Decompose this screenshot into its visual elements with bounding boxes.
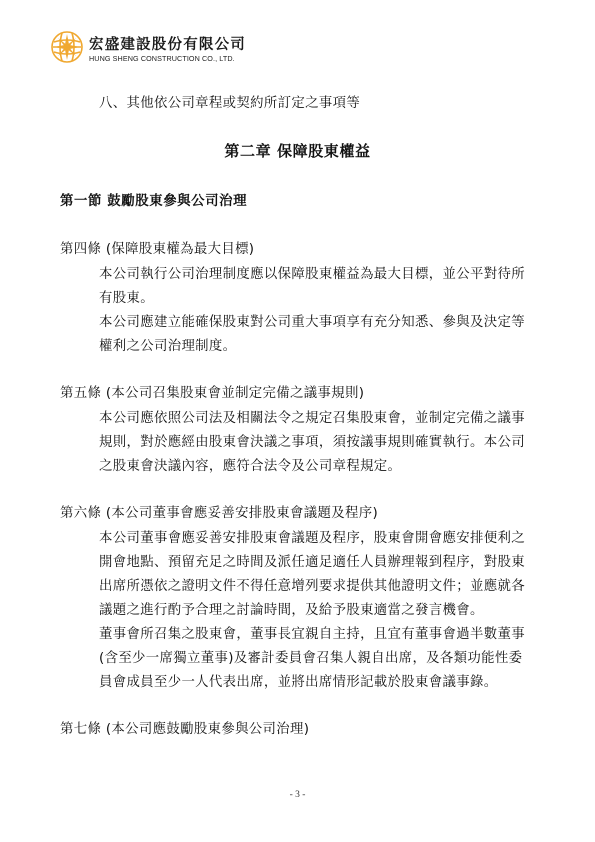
article-text-line: 本公司執行公司治理制度應以保障股東權益為最大目標，並公平對待所 [99,263,525,282]
article-text-line: (含至少一席獨立董事)及審計委員會召集人親自出席，及各類功能性委 [99,647,522,666]
section-title: 第一節 鼓勵股東參與公司治理 [60,190,247,209]
chapter-title: 第二章 保障股東權益 [0,140,595,161]
article-title: 第四條 (保障股東權為最大目標) [60,238,254,257]
article-title: 第五條 (本公司召集股東會並制定完備之議事規則) [60,382,364,401]
page-number: - 3 - [0,790,595,800]
company-name-en: HUNG SHENG CONSTRUCTION CO., LTD. [89,54,235,63]
article-text-line: 出席所憑依之證明文件不得任意增列要求提供其他證明文件；並應就各 [99,575,525,594]
article-text-line: 議題之進行酌予合理之討論時間，及給予股東適當之發言機會。 [99,599,484,618]
article-text-line: 之股東會決議內容，應符合法令及公司章程規定。 [99,455,401,474]
article-text-line: 有股東。 [99,287,154,306]
item-eight-text: 八、其他依公司章程或契約所訂定之事項等 [99,92,360,111]
article-title: 第六條 (本公司董事會應妥善安排股東會議題及程序) [60,502,378,521]
article-text-line: 本公司應建立能確保股東對公司重大事項享有充分知悉、參與及決定等 [99,311,525,330]
compass-rose-logo-icon [50,30,84,64]
article-text-line: 權利之公司治理制度。 [99,335,236,354]
article-text-line: 本公司董事會應妥善安排股東會議題及程序，股東會開會應安排便利之 [99,527,525,546]
article-text-line: 員會成員至少一人代表出席，並將出席情形記載於股東會議事錄。 [99,671,497,690]
article-text-line: 董事會所召集之股東會，董事長宜親自主持，且宜有董事會過半數董事 [99,623,525,642]
letterhead: 宏盛建設股份有限公司 HUNG SHENG CONSTRUCTION CO., … [50,30,270,70]
company-name-zh: 宏盛建設股份有限公司 [89,33,246,54]
article-text-line: 規則，對於應經由股東會決議之事項，須按議事規則確實執行。本公司 [99,431,525,450]
article-text-line: 本公司應依照公司法及相關法令之規定召集股東會，並制定完備之議事 [99,407,525,426]
article-text-line: 開會地點、預留充足之時間及派任適足適任人員辦理報到程序，對股東 [99,551,525,570]
article-title: 第七條 (本公司應鼓勵股東參與公司治理) [60,718,309,737]
